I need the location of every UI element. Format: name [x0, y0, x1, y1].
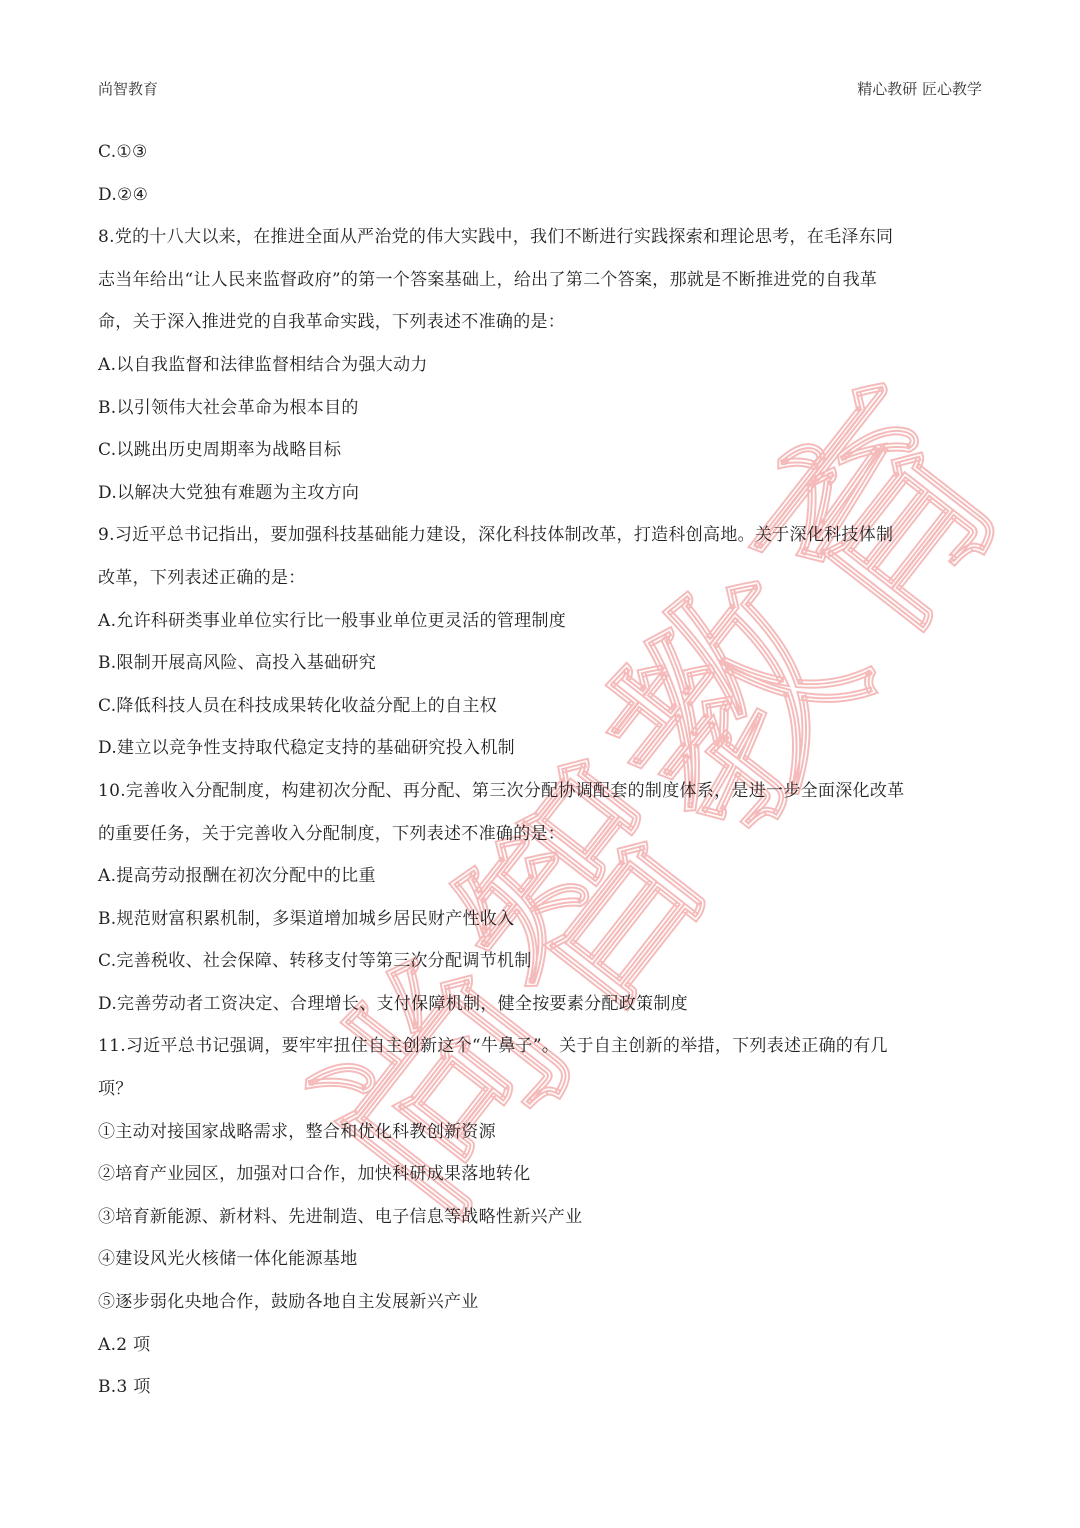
- option-d-prev: D.②④: [98, 182, 988, 225]
- question-stem: 命，关于深入推进党的自我革命实践，下列表述不准确的是：: [98, 309, 988, 352]
- question-stem: 项？: [98, 1076, 988, 1119]
- option-d: D.建立以竞争性支持取代稳定支持的基础研究投入机制: [98, 735, 988, 778]
- question-stem: 11.习近平总书记强调，要牢牢扭住自主创新这个“牛鼻子”。关于自主创新的举措，下…: [98, 1033, 988, 1076]
- question-stem: 10.完善收入分配制度，构建初次分配、再分配、第三次分配协调配套的制度体系，是进…: [98, 778, 988, 821]
- option-c: C.以跳出历史周期率为战略目标: [98, 437, 988, 480]
- statement-5: ⑤逐步弱化央地合作，鼓励各地自主发展新兴产业: [98, 1289, 988, 1332]
- option-b: B.限制开展高风险、高投入基础研究: [98, 650, 988, 693]
- option-a: A.2 项: [98, 1332, 988, 1375]
- option-b: B.以引领伟大社会革命为根本目的: [98, 395, 988, 438]
- question-9: 9.习近平总书记指出，要加强科技基础能力建设，深化科技体制改革，打造科创高地。关…: [98, 522, 988, 778]
- option-a: A.提高劳动报酬在初次分配中的比重: [98, 863, 988, 906]
- option-b: B.3 项: [98, 1374, 988, 1417]
- question-stem: 9.习近平总书记指出，要加强科技基础能力建设，深化科技体制改革，打造科创高地。关…: [98, 522, 988, 565]
- option-d: D.以解决大党独有难题为主攻方向: [98, 480, 988, 523]
- statement-3: ③培育新能源、新材料、先进制造、电子信息等战略性新兴产业: [98, 1204, 988, 1247]
- header-brand: 尚智教育: [98, 78, 158, 102]
- statement-2: ②培育产业园区，加强对口合作，加快科研成果落地转化: [98, 1161, 988, 1204]
- question-stem: 的重要任务，关于完善收入分配制度，下列表述不准确的是：: [98, 821, 988, 864]
- option-c-prev: C.①③: [98, 139, 988, 182]
- option-d: D.完善劳动者工资决定、合理增长、支付保障机制，健全按要素分配政策制度: [98, 991, 988, 1034]
- document-body: C.①③ D.②④ 8.党的十八大以来，在推进全面从严治党的伟大实践中，我们不断…: [98, 139, 988, 1417]
- question-8: 8.党的十八大以来，在推进全面从严治党的伟大实践中，我们不断进行实践探索和理论思…: [98, 224, 988, 522]
- option-b: B.规范财富积累机制，多渠道增加城乡居民财产性收入: [98, 906, 988, 949]
- header-slogan: 精心教研 匠心教学: [857, 78, 982, 102]
- option-c: C.完善税收、社会保障、转移支付等第三次分配调节机制: [98, 948, 988, 991]
- question-stem: 8.党的十八大以来，在推进全面从严治党的伟大实践中，我们不断进行实践探索和理论思…: [98, 224, 988, 267]
- option-a: A.以自我监督和法律监督相结合为强大动力: [98, 352, 988, 395]
- question-10: 10.完善收入分配制度，构建初次分配、再分配、第三次分配协调配套的制度体系，是进…: [98, 778, 988, 1034]
- page-header: 尚智教育 精心教研 匠心教学: [98, 78, 982, 102]
- statement-1: ①主动对接国家战略需求，整合和优化科教创新资源: [98, 1119, 988, 1162]
- statement-4: ④建设风光火核储一体化能源基地: [98, 1246, 988, 1289]
- question-11: 11.习近平总书记强调，要牢牢扭住自主创新这个“牛鼻子”。关于自主创新的举措，下…: [98, 1033, 988, 1416]
- question-stem: 改革，下列表述正确的是：: [98, 565, 988, 608]
- option-a: A.允许科研类事业单位实行比一般事业单位更灵活的管理制度: [98, 608, 988, 651]
- option-c: C.降低科技人员在科技成果转化收益分配上的自主权: [98, 693, 988, 736]
- question-stem: 志当年给出“让人民来监督政府”的第一个答案基础上，给出了第二个答案，那就是不断推…: [98, 267, 988, 310]
